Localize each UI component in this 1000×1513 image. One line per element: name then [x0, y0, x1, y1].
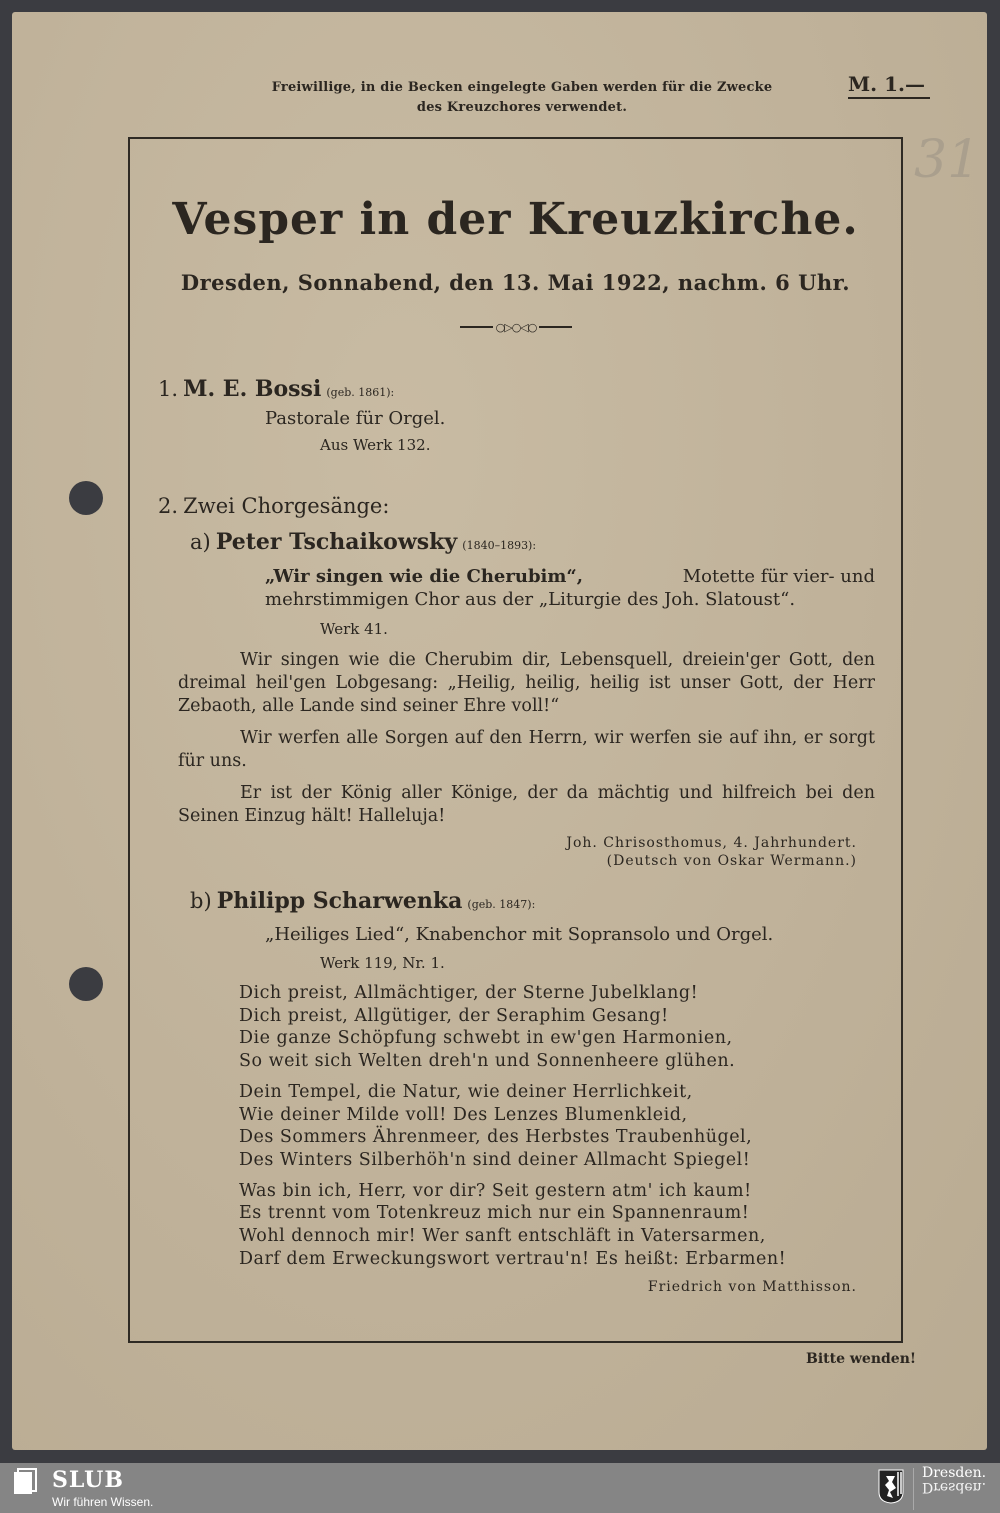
poem-stanza-3: Was bin ich, Herr, vor dir? Seit gestern…: [239, 1180, 786, 1271]
donation-note: Freiwillige, in die Becken eingelegte Ga…: [207, 78, 837, 118]
event-date: Dresden, Sonnabend, den 13. Mai 1922, na…: [130, 270, 901, 295]
text-credit: Joh. Chrisosthomus, 4. Jahrhundert. (Deu…: [566, 834, 857, 870]
poem-text: Dich preist, Allmächtiger, der Sterne Ju…: [239, 982, 786, 1278]
donation-note-line2: des Kreuzchores verwendet.: [207, 98, 837, 118]
hymn-paragraph: Wir singen wie die Cherubim dir, Lebensq…: [178, 649, 875, 718]
program-item-1: 1. M. E. Bossi (geb. 1861):: [158, 376, 394, 402]
poem-line: Darf dem Erweckungswort vertrau'n! Es he…: [239, 1249, 786, 1269]
dresden-word-mirror: Dresden.: [922, 1480, 986, 1494]
slub-book-icon: [12, 1468, 42, 1496]
ornament-divider: ○▷○◁○: [460, 320, 572, 334]
poem-line: Dein Tempel, die Natur, wie deiner Herrl…: [239, 1082, 693, 1102]
item-number: 1.: [158, 377, 178, 401]
opus-number: Werk 119, Nr. 1.: [320, 954, 445, 972]
poem-line: Des Winters Silberhöh'n sind deiner Allm…: [239, 1150, 750, 1170]
slub-tagline: Wir führen Wissen.: [52, 1495, 153, 1509]
poem-line: Dich preist, Allmächtiger, der Sterne Ju…: [239, 983, 698, 1003]
work-title: „Wir singen wie die Cherubim“,: [265, 566, 583, 587]
footer-divider: [913, 1468, 914, 1510]
program-frame: Vesper in der Kreuzkirche. Dresden, Sonn…: [128, 137, 903, 1343]
ornament-glyph: ○▷○◁○: [493, 321, 540, 334]
work-title: Pastorale für Orgel.: [265, 408, 445, 429]
scanned-page: Freiwillige, in die Becken eingelegte Ga…: [12, 12, 987, 1450]
composer-name: Peter Tschaikowsky: [216, 529, 457, 555]
price-label: M. 1.—: [848, 72, 930, 99]
item-number: 2.: [158, 494, 178, 518]
poem-line: Wohl dennoch mir! Wer sanft entschläft i…: [239, 1226, 766, 1246]
punch-hole-top: [69, 481, 103, 515]
poem-credit: Friedrich von Matthisson.: [648, 1278, 857, 1296]
item-heading: Zwei Chorgesänge:: [183, 494, 389, 518]
please-turn-note: Bitte wenden!: [806, 1351, 916, 1367]
credit-translator: (Deutsch von Oskar Wermann.): [566, 852, 857, 870]
dresden-logo[interactable]: Dresden. Dresden.: [922, 1466, 986, 1494]
poem-line: So weit sich Welten dreh'n und Sonnenhee…: [239, 1051, 735, 1071]
work-description-line2: mehrstimmigen Chor aus der „Liturgie des…: [265, 589, 795, 610]
work-desc: Motette für vier- und: [683, 566, 875, 587]
part-a-header: a) Peter Tschaikowsky (1840–1893):: [190, 529, 536, 555]
page-title: Vesper in der Kreuzkirche.: [130, 194, 901, 245]
footer-bar: SLUB Wir führen Wissen. Dresden. Dresden…: [0, 1463, 1000, 1513]
work-title: „Heiliges Lied“, Knabenchor mit Sopranso…: [265, 924, 773, 945]
poem-line: Die ganze Schöpfung schwebt in ew'gen Ha…: [239, 1028, 733, 1048]
opus-number: Werk 41.: [320, 620, 388, 638]
hymn-paragraph: Wir werfen alle Sorgen auf den Herrn, wi…: [178, 727, 875, 773]
composer-dates: (geb. 1861):: [326, 386, 394, 399]
poem-line: Dich preist, Allgütiger, der Seraphim Ge…: [239, 1006, 669, 1026]
program-item-2: 2. Zwei Chorgesänge:: [158, 494, 389, 518]
part-b-header: b) Philipp Scharwenka (geb. 1847):: [190, 888, 535, 914]
hymn-text: Wir singen wie die Cherubim dir, Lebensq…: [178, 649, 875, 828]
dresden-crest-icon: [877, 1468, 905, 1504]
composer-dates: (1840–1893):: [462, 539, 536, 552]
part-label: b): [190, 889, 212, 913]
hymn-paragraph: Er ist der König aller Könige, der da mä…: [178, 782, 875, 828]
punch-hole-bottom: [69, 967, 103, 1001]
part-label: a): [190, 530, 211, 554]
work-description-line1: „Wir singen wie die Cherubim“, Motette f…: [265, 566, 875, 587]
opus-number: Aus Werk 132.: [320, 436, 430, 454]
poem-line: Was bin ich, Herr, vor dir? Seit gestern…: [239, 1181, 752, 1201]
poem-line: Wie deiner Milde voll! Des Lenzes Blumen…: [239, 1105, 688, 1125]
pencil-annotation: 31: [914, 130, 980, 190]
composer-name: M. E. Bossi: [183, 376, 321, 402]
poem-stanza-2: Dein Tempel, die Natur, wie deiner Herrl…: [239, 1081, 786, 1172]
poem-line: Es trennt vom Totenkreuz mich nur ein Sp…: [239, 1203, 749, 1223]
donation-note-line1: Freiwillige, in die Becken eingelegte Ga…: [207, 78, 837, 98]
credit-author: Joh. Chrisosthomus, 4. Jahrhundert.: [566, 834, 857, 852]
slub-brand[interactable]: SLUB: [52, 1467, 124, 1493]
poem-line: Des Sommers Ährenmeer, des Herbstes Trau…: [239, 1127, 752, 1147]
poem-stanza-1: Dich preist, Allmächtiger, der Sterne Ju…: [239, 982, 786, 1073]
dresden-word: Dresden.: [922, 1466, 986, 1480]
composer-dates: (geb. 1847):: [467, 898, 535, 911]
composer-name: Philipp Scharwenka: [217, 888, 463, 914]
